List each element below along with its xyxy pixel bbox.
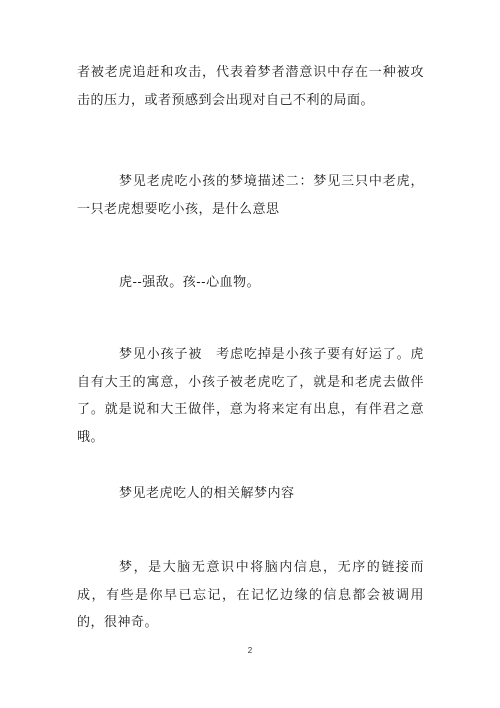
paragraph-symbol-meaning: 虎--强敌。孩--心血物。 (77, 269, 424, 297)
paragraph-continuation: 者被老虎追赶和攻击，代表着梦者潜意识中存在一种被攻击的压力，或者预感到会出现对自… (77, 59, 424, 114)
paragraph-dream-explanation: 梦，是大脑无意识中将脑内信息，无序的链接而成，有些是你早已忘记，在记忆边缘的信息… (77, 554, 424, 637)
paragraph-interpretation: 梦见小孩子被 考虑吃掉是小孩子要有好运了。虎自有大王的寓意，小孩子被老虎吃了，就… (77, 341, 424, 451)
document-page: 者被老虎追赶和攻击，代表着梦者潜意识中存在一种被攻击的压力，或者预感到会出现对自… (0, 0, 500, 708)
paragraph-dream-description-two: 梦见老虎吃小孩的梦境描述二：梦见三只中老虎，一只老虎想要吃小孩，是什么意思 (77, 168, 424, 223)
page-number: 2 (0, 646, 500, 655)
section-heading-related-content: 梦见老虎吃人的相关解梦内容 (77, 480, 424, 508)
